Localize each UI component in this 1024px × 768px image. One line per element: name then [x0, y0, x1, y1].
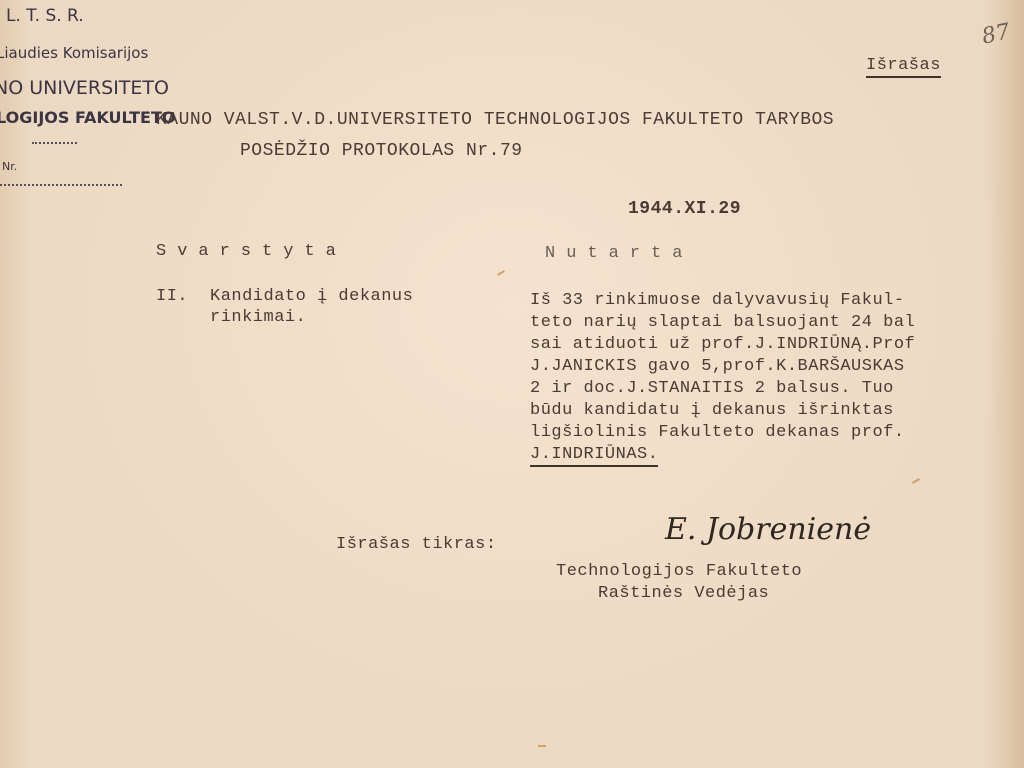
copy-label: Išrašas: [866, 56, 941, 78]
stamp-line-faculty: LOGIJOS FAKULTETO: [0, 108, 175, 127]
paper-fleck: [497, 270, 505, 276]
elected-dean-name: J.INDRIŪNAS.: [530, 445, 658, 467]
decision-line: Iš 33 rinkimuose dalyvavusių Fakul-: [530, 291, 905, 310]
stamp-number-line: [32, 142, 77, 144]
margin-page-number: 87: [980, 19, 1013, 49]
decision-line: sai atiduoti už prof.J.INDRIŪNĄ.Prof: [530, 335, 915, 354]
item-subject-line2: rinkimai.: [210, 308, 306, 327]
signer-title-line2: Raštinės Vedėjas: [598, 584, 769, 603]
decision-line: ligšiolinis Fakulteto dekanas prof.: [530, 423, 905, 442]
heading-considered: Svarstyta: [156, 242, 347, 261]
stamp-line-university: NO UNIVERSITETO: [0, 77, 169, 99]
document-title-line2: POSĖDŽIO PROTOKOLAS Nr.79: [240, 141, 523, 161]
signer-title-line1: Technologijos Fakulteto: [556, 562, 802, 581]
decision-line: būdu kandidatu į dekanus išrinktas: [530, 401, 894, 420]
document-title-line1: KAUNO VALST.V.D.UNIVERSITETO TECHNOLOGIJ…: [156, 110, 834, 130]
certified-copy-label: Išrašas tikras:: [336, 535, 497, 554]
paper-fleck: [538, 745, 546, 747]
item-number: II.: [156, 287, 188, 306]
decision-line: J.JANICKIS gavo 5,prof.K.BARŠAUSKAS: [530, 357, 905, 376]
stamp-date-line: [0, 184, 122, 186]
heading-resolved: Nutarta: [545, 244, 693, 263]
stamp-line-commissariat: Liaudies Komisarijos: [0, 44, 148, 62]
stamp-nr-label: Nr.: [2, 160, 17, 173]
signature: E. Jobrenienė: [665, 512, 871, 547]
meeting-date: 1944.XI.29: [628, 199, 741, 219]
stamp-line-lts: L. T. S. R.: [6, 6, 84, 26]
item-subject-line1: Kandidato į dekanus: [210, 287, 413, 306]
paper-fleck: [912, 478, 920, 484]
decision-line: teto narių slaptai balsuojant 24 bal: [530, 313, 915, 332]
decision-line: 2 ir doc.J.STANAITIS 2 balsus. Tuo: [530, 379, 894, 398]
